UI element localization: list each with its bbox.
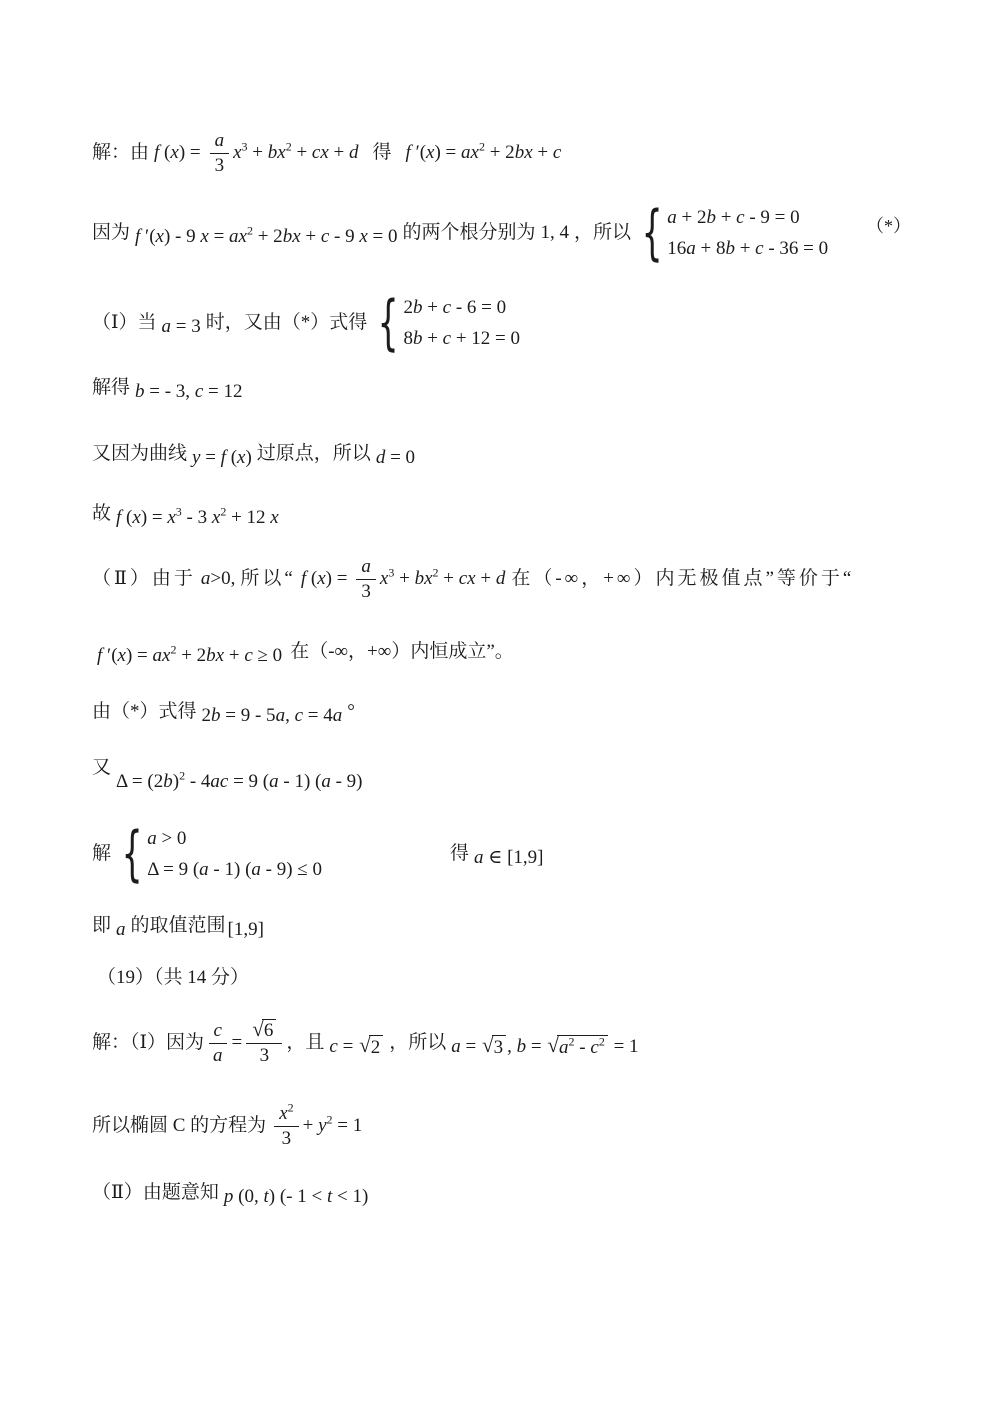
math-run: a = √3, b = √a2 - c2 = 1 <box>451 1035 638 1060</box>
math-run: y = f (x) <box>192 446 252 470</box>
solution-line-11: 解 { a > 0 Δ = 9 (a - 1) (a - 9) ≤ 0 得 a … <box>92 815 548 893</box>
text-run: 所以“ <box>240 567 295 591</box>
fraction-denominator: 3 <box>277 1127 297 1150</box>
text-run: （Ⅱ）由于 <box>92 567 196 591</box>
solution-line-2: 因为 f ′(x) - 9 x = ax2 + 2bx + c - 9 x = … <box>92 196 828 270</box>
text-run: 因为 <box>92 221 130 245</box>
text-run: 解：由 <box>92 141 149 165</box>
text-run: 的取值范围 <box>131 914 226 938</box>
math-run: [1,9] <box>228 918 264 942</box>
fraction-numerator: a <box>210 130 230 154</box>
text-run: 得 <box>373 141 392 165</box>
solution-line-16: （Ⅱ）由题意知 p (0, t) (- 1 < t < 1) <box>92 1170 373 1216</box>
solution-line-1: 解：由 f (x) = a 3 x3 + bx2 + cx + d 得 f ′(… <box>92 122 561 184</box>
text-run: 解：（Ⅰ）因为 <box>92 1031 204 1055</box>
system-equation-1: a > 0 <box>147 827 322 851</box>
math-run: f ′(x) = ax2 + 2bx + c <box>406 141 562 165</box>
text-run: ，所以 <box>389 1031 446 1055</box>
math-run: x3 + bx2 + cx + d <box>233 141 358 165</box>
solution-line-4: 解得 b = - 3, c = 12 <box>92 370 247 406</box>
math-run: Δ = (2b)2 - 4ac = 9 (a - 1) (a - 9) <box>116 770 363 794</box>
math-run: b = - 3, c = 12 <box>135 380 242 404</box>
solution-line-3: （Ⅰ）当 a = 3 时，又由（*）式得 { 2b + c - 6 = 0 8b… <box>92 288 520 358</box>
solution-line-9: 由（*）式得 2b = 9 - 5a, c = 4a ° <box>92 692 355 732</box>
text-run: 即 <box>92 914 111 938</box>
solution-line-12: 即 a 的取值范围 [1,9] <box>92 905 269 947</box>
system-equation-1: a + 2b + c - 9 = 0 <box>667 206 828 230</box>
math-run: c = √2 <box>329 1035 384 1060</box>
left-brace: { <box>378 295 399 352</box>
solution-line-10: 又 Δ = (2b)2 - 4ac = 9 (a - 1) (a - 9) <box>92 756 368 800</box>
equation-system: { 2b + c - 6 = 0 8b + c + 12 = 0 <box>369 295 520 352</box>
fraction: √6 3 <box>246 1019 282 1067</box>
fraction-numerator: a <box>356 556 376 580</box>
text-run: 又因为曲线 <box>92 442 187 466</box>
text-run: 的两个根分别为 <box>403 221 536 245</box>
period-mark: ° <box>347 700 355 724</box>
text-run: ，且 <box>286 1031 324 1055</box>
text-run: （19）（共 14 分） <box>97 966 249 990</box>
text-run: 解得 <box>92 376 130 400</box>
math-run: f (x) = <box>154 141 201 165</box>
solution-line-6: 故 f (x) = x3 - 3 x2 + 12 x <box>92 494 284 534</box>
equation-system: { a + 2b + c - 9 = 0 16a + 8b + c - 36 =… <box>633 205 828 262</box>
system-equation-2: Δ = 9 (a - 1) (a - 9) ≤ 0 <box>147 858 322 882</box>
math-run: a = 3 <box>162 315 201 339</box>
text-run: （Ⅱ）由题意知 <box>92 1181 219 1205</box>
fraction: a 3 <box>210 130 230 177</box>
math-run: 1, 4 <box>541 221 570 245</box>
inequality-system: { a > 0 Δ = 9 (a - 1) (a - 9) ≤ 0 <box>113 826 322 883</box>
text-run: （Ⅰ）当 <box>92 311 157 335</box>
math-run: a ∈ [1,9] <box>474 846 543 870</box>
math-run: f (x) = <box>301 567 348 591</box>
text-run: ，所以 <box>574 221 631 245</box>
fraction-numerator: x2 <box>274 1103 298 1127</box>
text-run: 故 <box>92 502 111 526</box>
solution-line-7: （Ⅱ）由于 a>0, 所以“ f (x) = a 3 x3 + bx2 + cx… <box>92 548 854 610</box>
fraction-denominator: 3 <box>210 154 230 177</box>
fraction: c a <box>208 1020 228 1067</box>
math-run: 2b = 9 - 5a, c = 4a <box>202 704 343 728</box>
fraction: a 3 <box>356 556 376 603</box>
page: 解：由 f (x) = a 3 x3 + bx2 + cx + d 得 f ′(… <box>0 0 1000 1415</box>
math-run: p (0, t) (- 1 < t < 1) <box>224 1185 368 1209</box>
solution-line-5: 又因为曲线 y = f (x) 过原点，所以 d = 0 <box>92 436 420 472</box>
left-brace: { <box>642 205 663 262</box>
math-run: x3 + bx2 + cx + d <box>380 567 505 591</box>
math-run: + y2 = 1 <box>303 1114 363 1138</box>
fraction-denominator: 3 <box>255 1044 275 1067</box>
text-run: 解 <box>92 842 111 866</box>
solution-line-8: f ′(x) = ax2 + 2bx + c ≥ 0 在（-∞，+∞）内恒成立”… <box>97 630 514 674</box>
math-run: f (x) = x3 - 3 x2 + 12 x <box>116 506 279 530</box>
solution-line-14: 解：（Ⅰ）因为 c a = √6 3 ，且 c = √2 ，所以 a = √3,… <box>92 1006 644 1080</box>
fraction-numerator: c <box>209 1020 227 1044</box>
text-run: 在（-∞，+∞）内恒成立”。 <box>290 640 514 664</box>
math-run: f ′(x) - 9 x = ax2 + 2bx + c - 9 x = 0 <box>135 225 398 249</box>
fraction: x2 3 <box>274 1103 298 1150</box>
system-equation-1: 2b + c - 6 = 0 <box>403 296 520 320</box>
question-19-header: （19）（共 14 分） <box>97 964 249 992</box>
solution-line-15: 所以椭圆 C 的方程为 x2 3 + y2 = 1 <box>92 1090 362 1162</box>
math-run: d = 0 <box>376 446 415 470</box>
fraction-denominator: a <box>208 1044 228 1067</box>
math-run: f ′(x) = ax2 + 2bx + c ≥ 0 <box>97 644 282 668</box>
equation-label-star: （*） <box>866 212 911 238</box>
fraction-denominator: 3 <box>356 580 376 603</box>
text-run: 在（-∞，+∞）内无极值点”等价于“ <box>511 567 854 591</box>
system-equation-2: 8b + c + 12 = 0 <box>403 327 520 351</box>
math-run: a>0, <box>201 567 235 591</box>
text-run: 又 <box>92 756 111 780</box>
fraction-numerator: √6 <box>246 1019 282 1044</box>
system-equation-2: 16a + 8b + c - 36 = 0 <box>667 237 828 261</box>
text-run: 得 <box>450 842 469 866</box>
text-run: 过原点，所以 <box>257 442 371 466</box>
text-run: 时，又由（*）式得 <box>206 311 368 335</box>
text-run: 由（*）式得 <box>92 700 197 724</box>
equals-sign: = <box>232 1031 243 1055</box>
text-run: 所以椭圆 C 的方程为 <box>92 1114 266 1138</box>
math-run: a <box>116 918 126 942</box>
left-brace: { <box>122 826 143 883</box>
square-root: √6 <box>252 1019 276 1042</box>
